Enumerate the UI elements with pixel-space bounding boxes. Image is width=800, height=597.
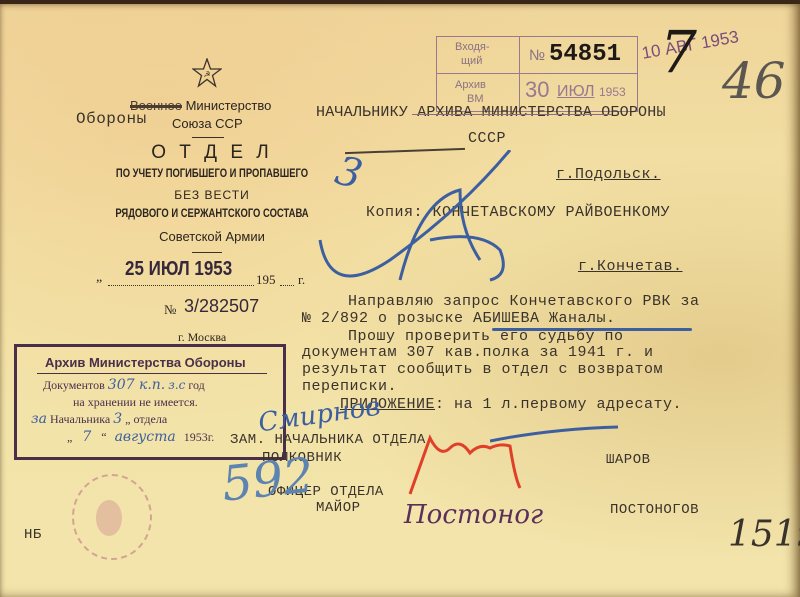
- body-p2-line3: результат сообщить в отдел с возвратом: [302, 361, 663, 378]
- page-number: 1519: [728, 514, 800, 555]
- doc-number: 3/282507: [184, 296, 259, 317]
- deputy-name: ШАРОВ: [606, 452, 651, 468]
- divider: [192, 252, 222, 253]
- person-name: АБИШЕВА Жаналы.: [473, 310, 616, 327]
- attachment-text: : на 1 л.первому адресату.: [435, 396, 682, 413]
- corner-handwritten-46: 46: [722, 52, 786, 110]
- date-year-suffix: 195: [256, 272, 276, 288]
- body-p2-line2: документам 307 кав.полка за 1941 г. и: [302, 344, 654, 361]
- incoming-stamp: Входя- щий Архив ВМ № 54851 30 ИЮЛ 1953: [436, 36, 638, 112]
- officer-rank: МАЙОР: [316, 500, 361, 516]
- body-p2-line1: Прошу проверить его судьбу по: [348, 328, 624, 345]
- archive-stamp-line3: за Начальника 3 „ отдела: [31, 411, 167, 427]
- incoming-number: 54851: [549, 41, 621, 68]
- deputy-title: ЗАМ. НАЧАЛЬНИКА ОТДЕЛА: [230, 432, 426, 448]
- ministry-overprint: Обороны: [76, 110, 147, 128]
- dept-line2: БЕЗ ВЕСТИ: [82, 188, 342, 202]
- officer-name: ПОСТОНОГОВ: [610, 502, 699, 518]
- incoming-day: 30: [525, 77, 549, 103]
- divider: [192, 137, 224, 138]
- attachment-line: ПРИЛОЖЕНИЕ: на 1 л.первому адресату.: [340, 396, 682, 413]
- blue-line-icon: [490, 425, 620, 445]
- stamp-label-incoming: Входя-: [455, 41, 490, 53]
- blue-scribble-icon: [310, 150, 530, 300]
- ministry-line2: Союза ССР: [172, 116, 243, 131]
- archive-stamp-line2: на хранении не имеется.: [73, 395, 198, 410]
- addressee-line2: СССР: [468, 130, 506, 147]
- date-dotted-line: [108, 285, 254, 286]
- stamp-no: №: [529, 47, 545, 64]
- date-stamp: 25 ИЮЛ 1953: [125, 258, 232, 281]
- svg-text:☭: ☭: [203, 70, 210, 79]
- archive-stamp-title: Архив Министерства Обороны: [45, 355, 246, 370]
- officer-signature: Постоног: [404, 500, 543, 530]
- handwritten-regiment: 307 к.п.: [108, 377, 165, 393]
- body-p2-line4: переписки.: [302, 378, 397, 395]
- addressee-line1: НАЧАЛЬНИКУ АРХИВА МИНИСТЕРСТВА ОБОРОНЫ: [316, 104, 666, 121]
- strike-line: [412, 114, 612, 115]
- body-p1-line1: Направляю запрос Кончетавского РВК за: [348, 293, 700, 310]
- date-dotted-line-2: [280, 285, 294, 286]
- date-g: г.: [298, 272, 305, 288]
- incoming-year: 1953: [599, 85, 626, 99]
- city: г. Москва: [178, 330, 226, 345]
- archive-stamp-line1: Документов 307 к.п. з.с год: [43, 377, 205, 393]
- addressee-city1: г.Подольск.: [556, 166, 661, 183]
- ministry-word: Министерство: [186, 98, 272, 113]
- dept-line3: РЯДОВОГО И СЕРЖАНТСКОГО СОСТАВА: [105, 208, 318, 220]
- corner-handwritten-7: 7: [660, 18, 697, 86]
- stamp-label-incoming2: щий: [461, 55, 482, 67]
- date-prefix: „: [96, 270, 102, 286]
- dept-line4: Советской Армии: [82, 229, 342, 244]
- incoming-month: ИЮЛ: [557, 83, 594, 101]
- addressee-city2: г.Кончетав.: [578, 258, 683, 275]
- stamp-label-archive: Архив: [455, 79, 486, 91]
- number-prefix: №: [164, 302, 176, 318]
- blue-592: 592: [219, 447, 316, 512]
- soviet-star-icon: ☭: [192, 58, 222, 92]
- top-edge: [0, 0, 800, 4]
- archival-document: ☭ Военное Министерство Обороны Союза ССР…: [0, 0, 800, 597]
- request-number: № 2/892 о розыске: [302, 310, 473, 327]
- ministry-line1: Военное Министерство: [130, 98, 271, 113]
- nb-mark: НБ: [24, 527, 42, 543]
- archive-stamp-line4: „7“августа1953г.: [67, 429, 214, 445]
- dept-title: О Т Д Е Л: [82, 142, 342, 164]
- body-p1-line2: № 2/892 о розыске АБИШЕВА Жаналы.: [302, 310, 616, 327]
- dept-line1: ПО УЧЕТУ ПОГИБШЕГО И ПРОПАВШЕГО: [105, 168, 318, 180]
